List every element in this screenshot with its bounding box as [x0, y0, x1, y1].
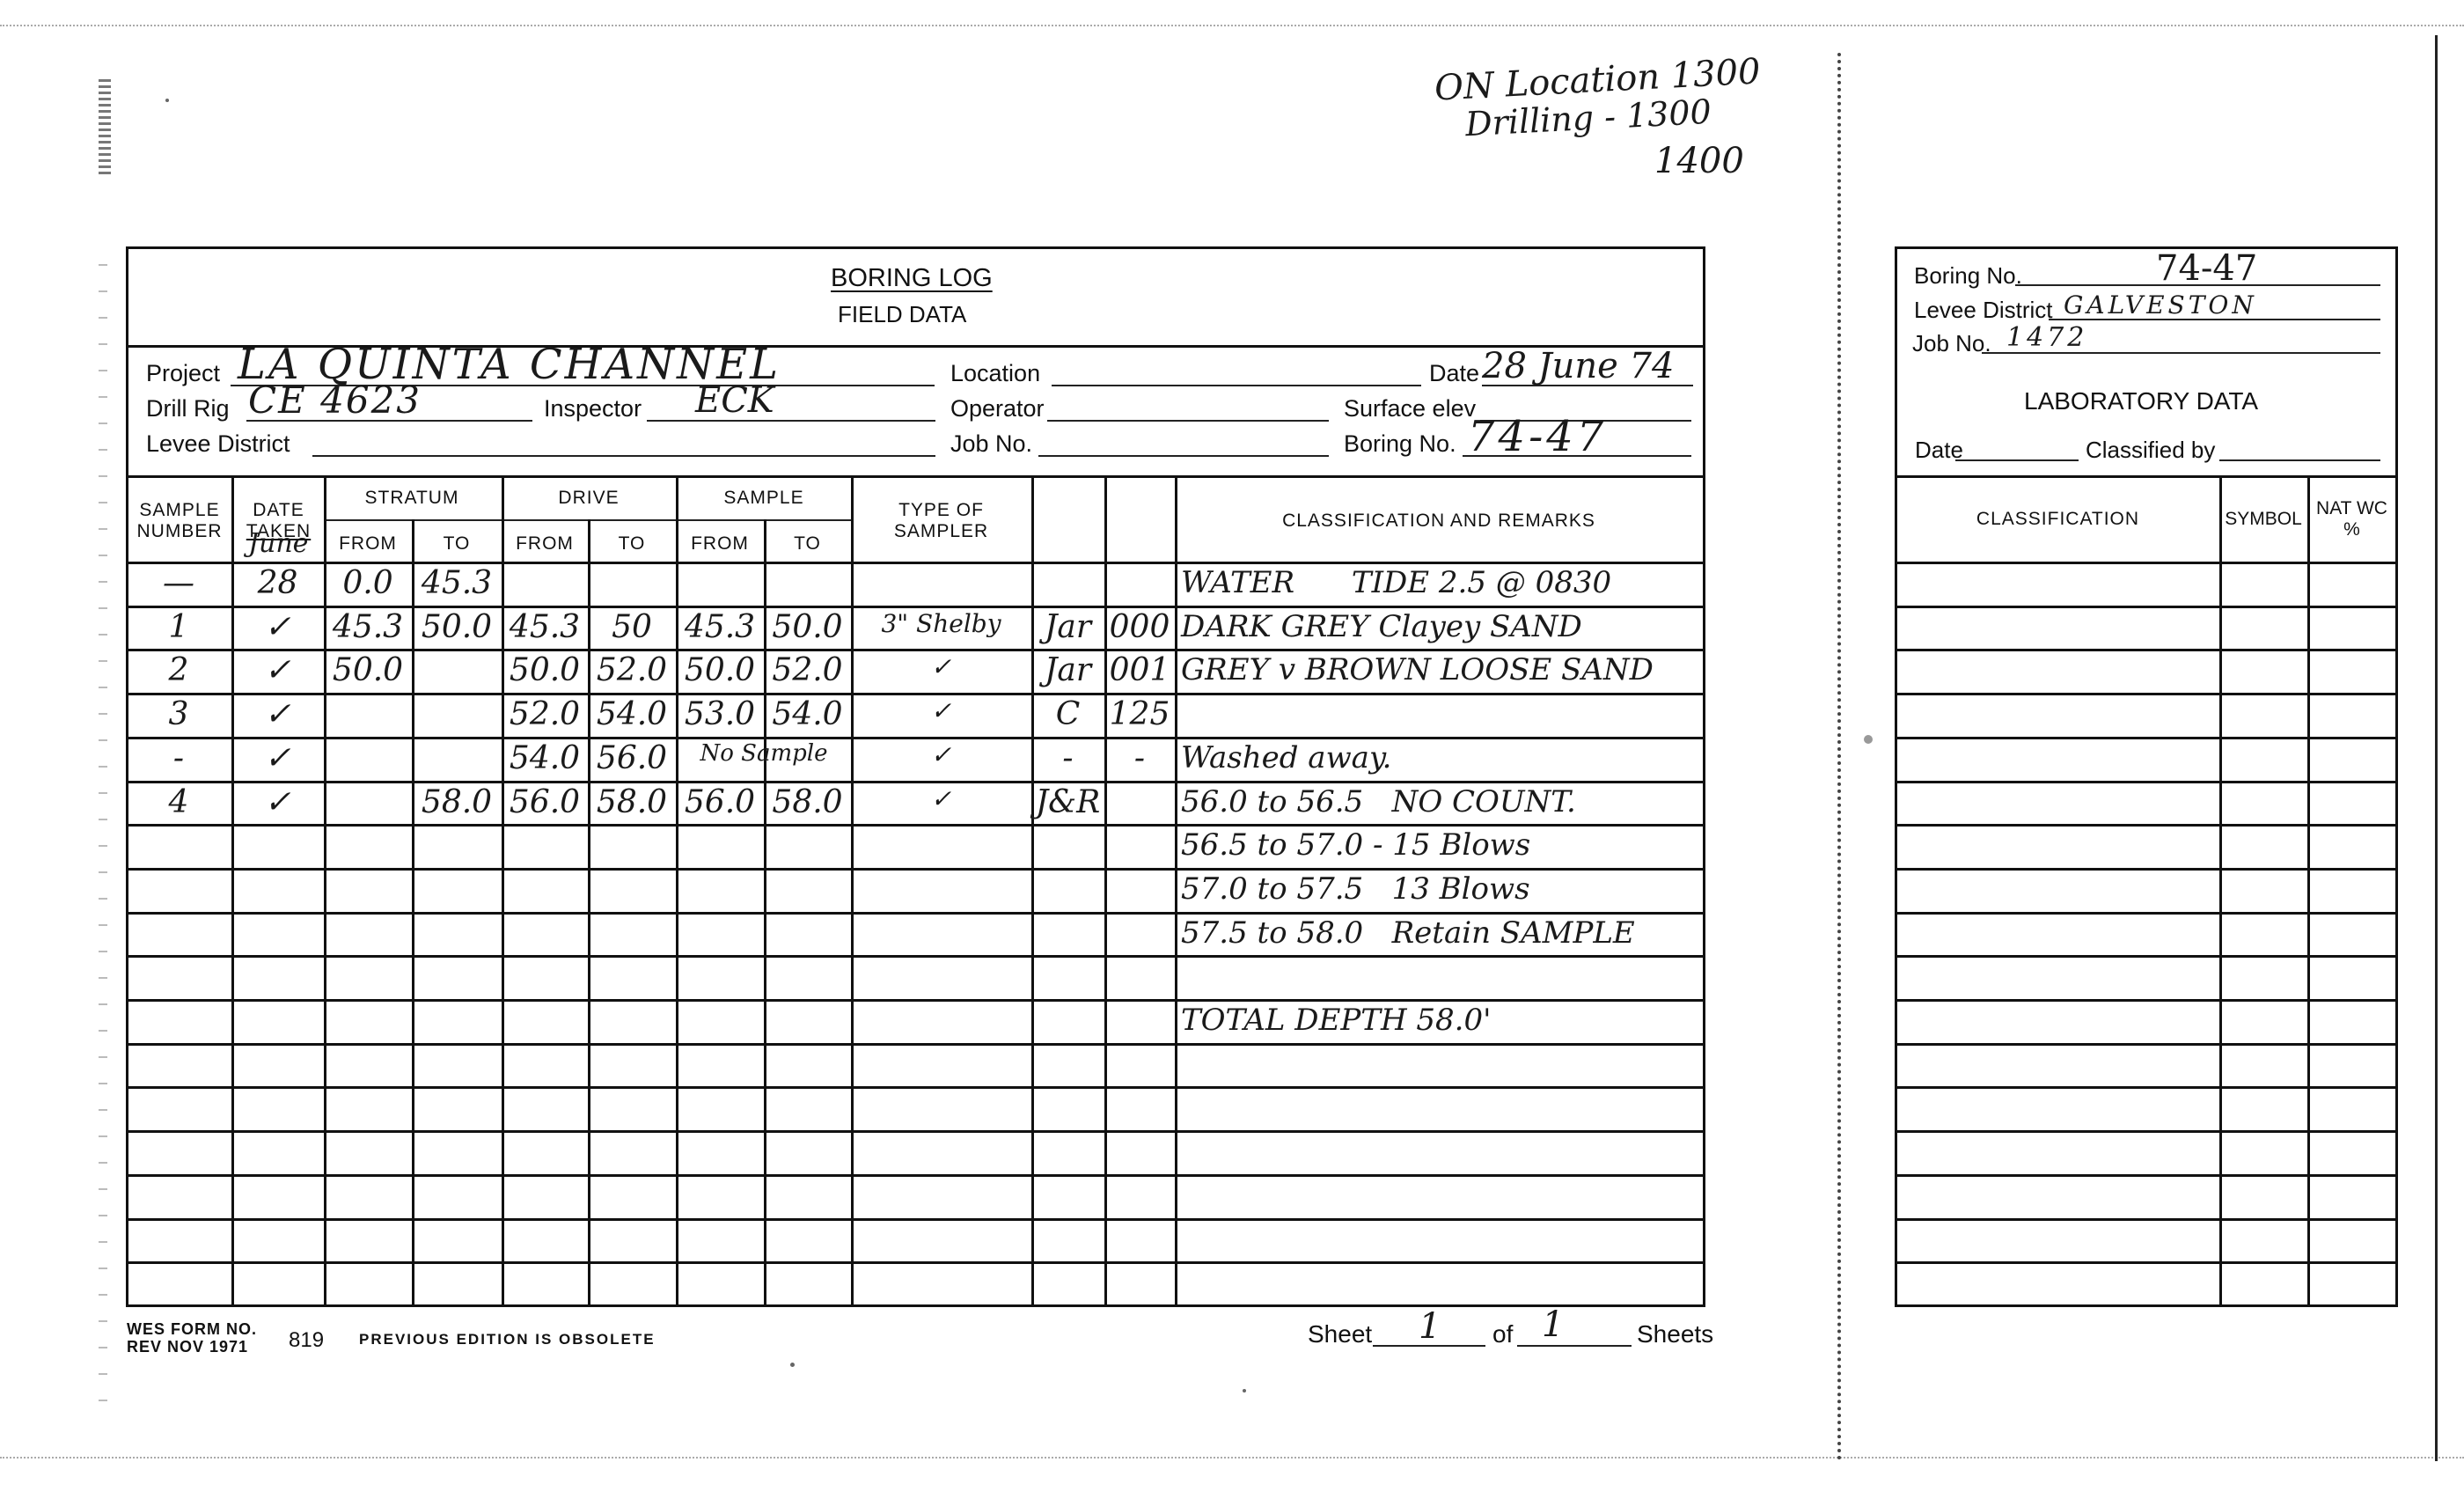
date-taken-month: June	[248, 528, 308, 559]
sheet-value: 1	[1419, 1306, 1441, 1347]
row-divider	[126, 1086, 1705, 1089]
cell-col-a[interactable]: J&R	[1031, 784, 1104, 820]
cell-remarks[interactable]: 56.0 to 56.5 NO COUNT.	[1181, 784, 1576, 819]
cell-remarks[interactable]: 57.0 to 57.5 13 Blows	[1181, 871, 1530, 907]
scan-speck	[1864, 735, 1873, 744]
lab-date-field[interactable]	[1955, 459, 2079, 461]
cell-sample-no[interactable]: 1	[126, 609, 231, 645]
cell-sample-no[interactable]: 4	[126, 784, 231, 820]
cell-drive-from[interactable]: 45.3	[502, 609, 588, 645]
cell-remarks[interactable]: 57.5 to 58.0 Retain SAMPLE	[1181, 915, 1635, 951]
cell-sampler[interactable]: ✓	[851, 740, 1031, 769]
column-divider	[1104, 475, 1107, 1305]
row-divider	[126, 999, 1705, 1002]
lab-table-row[interactable]	[1897, 1133, 2395, 1173]
row-divider	[126, 824, 1705, 827]
col-header-drive: DRIVE	[502, 488, 676, 509]
col-header-drive-from: FROM	[502, 533, 588, 555]
sheet-label: Sheet	[1308, 1320, 1372, 1348]
cell-sampler[interactable]: ✓	[851, 652, 1031, 681]
cell-stratum-from[interactable]: 50.0	[324, 652, 412, 688]
col-header-sample-from: FROM	[676, 533, 764, 555]
scan-artifact-top	[0, 25, 2464, 26]
cell-remarks[interactable]: TOTAL DEPTH 58.0'	[1181, 1003, 1491, 1038]
divider	[126, 475, 1705, 478]
of-field[interactable]	[1517, 1345, 1632, 1347]
cell-date[interactable]: ✓	[231, 696, 324, 732]
boring-no-value: 74-47	[1468, 412, 1607, 461]
cell-stratum-from[interactable]: 0.0	[324, 565, 412, 601]
lab-job-no-label: Job No.	[1912, 330, 1991, 357]
cell-drive-to[interactable]: 52.0	[588, 652, 676, 688]
column-divider	[502, 475, 504, 1305]
lab-table-row[interactable]	[1897, 915, 2395, 955]
cell-stratum-to[interactable]: 58.0	[412, 784, 502, 820]
cell-sampler[interactable]: ✓	[851, 696, 1031, 725]
operator-field[interactable]	[1047, 420, 1329, 422]
date-label: Date	[1429, 360, 1479, 387]
cell-remarks[interactable]: DARK GREY Clayey SAND	[1181, 609, 1582, 644]
cell-remarks[interactable]: WATER TIDE 2.5 @ 0830	[1181, 565, 1611, 600]
col-header-stratum-from: FROM	[324, 533, 412, 555]
row-divider	[126, 1261, 1705, 1264]
lab-table-row[interactable]	[1897, 827, 2395, 867]
cell-drive-to[interactable]: 58.0	[588, 784, 676, 820]
col-header-stratum: STRATUM	[324, 488, 500, 509]
annotation-time: 1400	[1654, 141, 1744, 181]
lab-table-row[interactable]	[1897, 783, 2395, 824]
cell-sample-to[interactable]: 58.0	[764, 784, 851, 820]
lab-table-row[interactable]	[1897, 564, 2395, 605]
cell-col-a[interactable]: -	[1031, 740, 1104, 776]
cell-col-a[interactable]: C	[1031, 696, 1104, 732]
lab-table-row[interactable]	[1897, 1221, 2395, 1261]
cell-remarks[interactable]: 56.5 to 57.0 - 15 Blows	[1181, 827, 1530, 863]
row-divider	[126, 606, 1705, 608]
lab-table-row[interactable]	[1897, 1002, 2395, 1042]
col-header-type-of-sampler: TYPE OF SAMPLER	[851, 500, 1031, 542]
scan-speck	[1243, 1389, 1246, 1392]
cell-col-b[interactable]: 001	[1104, 652, 1175, 688]
col-header-drive-to: TO	[588, 533, 676, 555]
lab-levee-district-value: GALVESTON	[2064, 290, 2257, 320]
cell-sampler[interactable]: ✓	[851, 784, 1031, 813]
of-label: of	[1492, 1320, 1513, 1348]
row-divider	[126, 1174, 1705, 1177]
row-divider	[126, 1130, 1705, 1133]
scan-speck	[165, 99, 169, 102]
classified-by-label: Classified by	[2086, 437, 2215, 464]
cell-stratum-to[interactable]: 45.3	[412, 565, 502, 601]
of-value: 1	[1542, 1304, 1564, 1345]
cell-sample-from[interactable]: 50.0	[676, 652, 764, 688]
perforation-line	[1837, 53, 1841, 1461]
cell-sample-from[interactable]: No Sample	[676, 740, 852, 767]
cell-col-b[interactable]: -	[1104, 740, 1175, 776]
cell-sample-to[interactable]: 54.0	[764, 696, 851, 732]
col-header-sample-number: SAMPLE NUMBER	[128, 500, 231, 542]
column-divider	[676, 475, 678, 1305]
cell-date[interactable]: ✓	[231, 740, 324, 776]
cell-drive-to[interactable]: 54.0	[588, 696, 676, 732]
lab-table-row[interactable]	[1897, 608, 2395, 649]
cell-date[interactable]: 28	[231, 565, 324, 601]
cell-col-b[interactable]: 000	[1104, 609, 1175, 645]
row-divider	[126, 955, 1705, 958]
inspector-label: Inspector	[544, 395, 642, 423]
form-number: 819	[289, 1328, 324, 1353]
column-divider	[851, 475, 854, 1305]
cell-col-b[interactable]: 125	[1104, 696, 1175, 732]
cell-drive-from[interactable]: 56.0	[502, 784, 588, 820]
cell-sample-from[interactable]: 53.0	[676, 696, 764, 732]
lab-table-row[interactable]	[1897, 871, 2395, 911]
cell-drive-to[interactable]: 50	[588, 609, 676, 645]
scan-speck	[790, 1363, 795, 1367]
drill-rig-label: Drill Rig	[146, 395, 230, 423]
drill-rig-value: CE 4623	[248, 378, 422, 422]
cell-sample-no[interactable]: 3	[126, 696, 231, 732]
cell-sampler[interactable]: 3" Shelby	[851, 609, 1031, 638]
operator-label: Operator	[950, 395, 1045, 423]
divider	[1895, 475, 2398, 478]
column-divider	[1031, 475, 1034, 1305]
form-subtitle: FIELD DATA	[838, 301, 966, 328]
lab-table-row[interactable]	[1897, 695, 2395, 736]
surface-elev-label: Surface elev	[1344, 395, 1476, 423]
location-field[interactable]	[1052, 385, 1421, 386]
job-no-label: Job No.	[950, 430, 1032, 458]
cell-sample-from[interactable]: 45.3	[676, 609, 764, 645]
levee-district-label: Levee District	[146, 430, 290, 458]
column-divider	[1175, 475, 1177, 1305]
lab-table-row[interactable]	[1897, 651, 2395, 692]
row-divider	[126, 1043, 1705, 1046]
row-divider	[126, 1218, 1705, 1221]
cell-date[interactable]: ✓	[231, 609, 324, 645]
lab-table-row[interactable]	[1897, 1046, 2395, 1086]
cell-drive-to[interactable]: 56.0	[588, 740, 676, 776]
cell-drive-from[interactable]: 52.0	[502, 696, 588, 732]
cell-sample-to[interactable]: 50.0	[764, 609, 851, 645]
boring-no-label: Boring No.	[1344, 430, 1456, 458]
inspector-value: ECK	[695, 380, 774, 421]
cell-sample-no[interactable]: —	[126, 565, 231, 601]
cell-remarks[interactable]: GREY v BROWN LOOSE SAND	[1181, 652, 1654, 687]
job-no-field[interactable]	[1038, 455, 1329, 457]
cell-stratum-from[interactable]: 45.3	[324, 609, 412, 645]
lab-boring-no-value: 74-47	[2156, 248, 2257, 289]
project-label: Project	[146, 360, 220, 387]
row-divider	[126, 868, 1705, 871]
col-header-classification: CLASSIFICATION AND REMARKS	[1175, 511, 1703, 532]
classified-by-field[interactable]	[2219, 459, 2380, 461]
col-header-sample-to: TO	[764, 533, 851, 555]
location-label: Location	[950, 360, 1040, 387]
lab-job-no-value: 1472	[2006, 322, 2087, 353]
cell-drive-from[interactable]: 50.0	[502, 652, 588, 688]
lab-levee-district-label: Levee District	[1914, 297, 2053, 324]
cell-col-a[interactable]: Jar	[1031, 609, 1104, 645]
date-value: 28 June 74	[1482, 346, 1674, 386]
inspector-field[interactable]	[647, 420, 935, 422]
page-edge	[2435, 35, 2464, 1461]
lab-table-row[interactable]	[1897, 1089, 2395, 1129]
lab-table-row[interactable]	[1897, 1177, 2395, 1217]
lab-col-header-classification: CLASSIFICATION	[1896, 509, 2219, 530]
row-divider	[126, 781, 1705, 783]
row-divider	[126, 737, 1705, 739]
cell-sample-to[interactable]: 52.0	[764, 652, 851, 688]
cell-date[interactable]: ✓	[231, 784, 324, 820]
lab-table-row[interactable]	[1897, 1264, 2395, 1304]
binding-marks	[99, 264, 107, 1408]
cell-sample-from[interactable]: 56.0	[676, 784, 764, 820]
lab-table-row[interactable]	[1897, 958, 2395, 998]
binding-marks	[99, 79, 111, 176]
form-title: BORING LOG	[831, 264, 993, 293]
row-divider	[126, 649, 1705, 651]
scan-artifact-bottom	[0, 1457, 2464, 1459]
lab-col-header-nat-wc: NAT WC %	[2307, 498, 2396, 540]
lab-title: LABORATORY DATA	[2024, 387, 2258, 415]
lab-boring-no-label: Boring No.	[1914, 262, 2022, 290]
cell-remarks[interactable]: Washed away.	[1181, 740, 1391, 775]
row-divider	[126, 912, 1705, 915]
cell-stratum-to[interactable]: 50.0	[412, 609, 502, 645]
form-number-label: WES FORM NO. REV NOV 1971	[127, 1320, 257, 1356]
cell-sample-no[interactable]: -	[126, 740, 231, 776]
col-header-sample: SAMPLE	[676, 488, 852, 509]
cell-date[interactable]: ✓	[231, 652, 324, 688]
row-divider	[126, 693, 1705, 695]
col-header-stratum-to: TO	[412, 533, 502, 555]
lab-table-row[interactable]	[1897, 739, 2395, 780]
cell-col-a[interactable]: Jar	[1031, 652, 1104, 688]
header-bottom-divider	[126, 562, 1705, 564]
obsolete-note: PREVIOUS EDITION IS OBSOLETE	[359, 1331, 656, 1348]
sheets-label: Sheets	[1637, 1320, 1713, 1348]
levee-district-field[interactable]	[312, 455, 935, 457]
lab-col-header-symbol: SYMBOL	[2219, 509, 2307, 530]
cell-drive-from[interactable]: 54.0	[502, 740, 588, 776]
cell-sample-no[interactable]: 2	[126, 652, 231, 688]
